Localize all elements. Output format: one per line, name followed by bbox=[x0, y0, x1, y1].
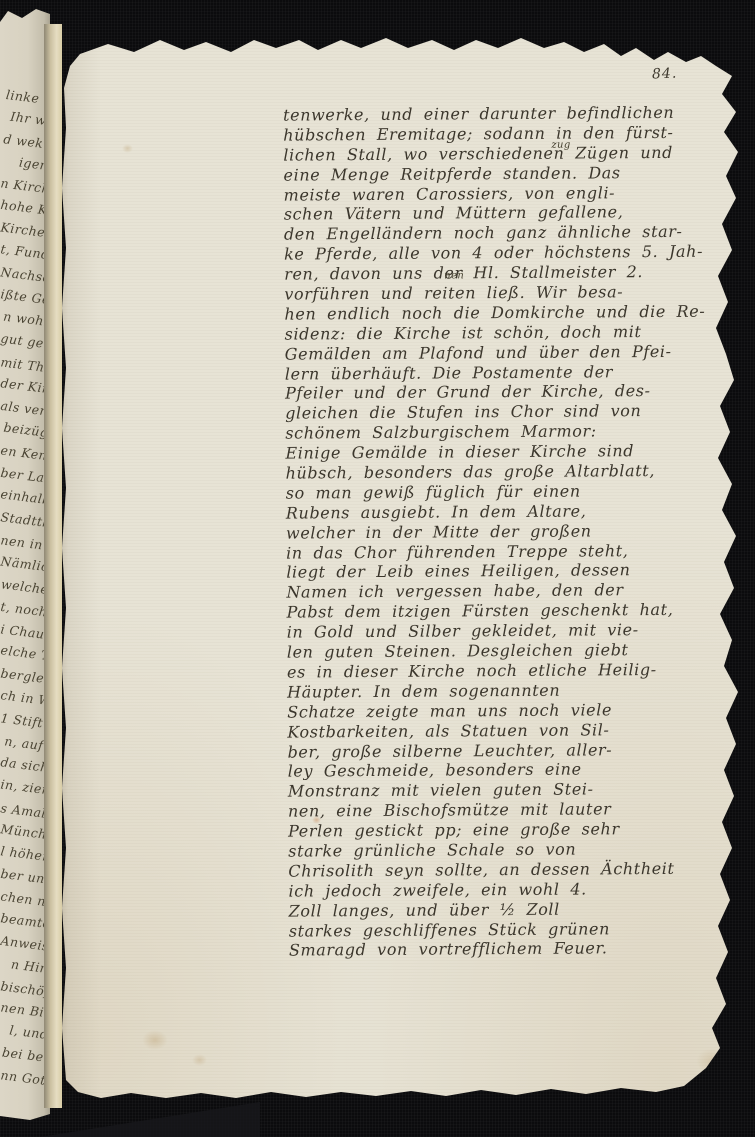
previous-page-text-fragments: linkeIhr wd wekigenn Kirchehohe KirchKir… bbox=[0, 88, 48, 1091]
foxing-spot bbox=[122, 144, 133, 153]
fabric-seam bbox=[40, 1098, 260, 1137]
interlinear-insertion: nen bbox=[444, 270, 464, 281]
page-number: 84. bbox=[652, 66, 678, 83]
foxing-spot bbox=[312, 816, 321, 824]
foxing-spot bbox=[142, 1030, 168, 1050]
manuscript-line: ke Pferde, alle von 4 oder höchstens 5. … bbox=[284, 242, 736, 265]
manuscript-line: Smaragd von vortrefflichem Feuer. bbox=[289, 938, 741, 961]
foxing-spot bbox=[648, 1100, 668, 1114]
manuscript-line: Pabst dem itzigen Fürsten geschenkt hat, bbox=[286, 600, 738, 623]
page-edge-stack bbox=[44, 24, 62, 1108]
interlinear-insertion: zug bbox=[551, 140, 570, 151]
foxing-spot bbox=[192, 1054, 207, 1066]
text-fragment: nn Gott bbox=[0, 1064, 41, 1091]
foxing-spot bbox=[362, 668, 369, 674]
manuscript-line: Chrisolith seyn sollte, an dessen Ächthe… bbox=[288, 858, 740, 881]
scan-background: { "document": { "page_number": "84.", "l… bbox=[0, 0, 755, 1137]
manuscript-line: lichen Stall, wo verschiedenen Zügen und bbox=[283, 142, 735, 165]
manuscript-line: Gemälden am Plafond und über den Pfei- bbox=[285, 341, 737, 364]
foxing-spot bbox=[696, 1048, 730, 1074]
manuscript-line: hen endlich noch die Domkirche und die R… bbox=[284, 301, 736, 324]
previous-page-edge: linkeIhr wd wekigenn Kirchehohe KirchKir… bbox=[0, 6, 50, 1120]
manuscript-page: 84. tenwerke, und einer darunter befindl… bbox=[56, 28, 748, 1114]
manuscript-text-block: tenwerke, und einer darunter befindliche… bbox=[283, 102, 741, 960]
